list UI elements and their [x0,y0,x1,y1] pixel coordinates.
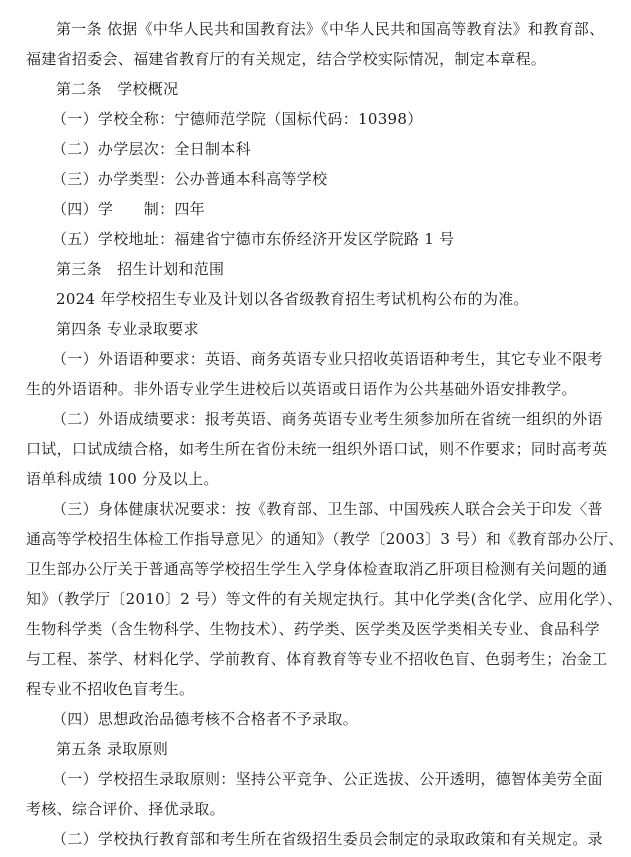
language-score-line-2: 口试，口试成绩合格，如考生所在省份未统一组织外语口试，则不作要求；同时高考英 [26,434,616,464]
admission-policy-line-1: （二）学校执行教育部和考生所在省级招生委员会制定的录取政策和有关规定。录 [52,824,631,854]
article-1-line-2: 福建省招委会、福建省教育厅的有关规定，结合学校实际情况，制定本章程。 [26,44,616,74]
health-requirement-line-7: 程专业不招收色盲考生。 [26,674,616,704]
document-page: 第一条 依据《中华人民共和国教育法》《中华人民共和国高等教育法》和教育部、 福建… [0,0,631,857]
admission-principle-line-2: 考核、综合评价、择优录取。 [26,794,616,824]
article-3-body: 2024 年学校招生专业及计划以各省级教育招生考试机构公布的为准。 [56,284,631,314]
school-level: （二）办学层次：全日制本科 [52,134,631,164]
language-score-line-1: （二）外语成绩要求：报考英语、商务英语专业考生须参加所在省统一组织的外语 [52,404,631,434]
language-requirement-line-1: （一）外语语种要求：英语、商务英语专业只招收英语语种考生，其它专业不限考 [52,344,631,374]
school-address: （五）学校地址：福建省宁德市东侨经济开发区学院路 1 号 [52,224,631,254]
language-score-line-3: 语单科成绩 100 分及以上。 [26,464,616,494]
health-requirement-line-4: 知》（教学厅〔2010〕2 号）等文件的有关规定执行。其中化学类(含化学、应用化… [26,584,616,614]
moral-requirement: （四）思想政治品德考核不合格者不予录取。 [52,704,631,734]
health-requirement-line-6: 与工程、茶学、材料化学、学前教育、体育教育等专业不招收色盲、色弱考生；冶金工 [26,644,616,674]
health-requirement-line-2: 通高等学校招生体检工作指导意见〉的通知》（教学〔2003〕3 号）和《教育部办公… [26,524,616,554]
school-full-name: （一）学校全称：宁德师范学院（国标代码：10398） [52,104,631,134]
health-requirement-line-5: 生物科学类（含生物科学、生物技术）、药学类、医学类及医学类相关专业、食品科学 [26,614,616,644]
article-3-heading: 第三条 招生计划和范围 [56,254,631,284]
article-5-heading: 第五条 录取原则 [56,734,631,764]
school-type: （三）办学类型：公办普通本科高等学校 [52,164,631,194]
health-requirement-line-3: 卫生部办公厅关于普通高等学校招生学生入学身体检查取消乙肝项目检测有关问题的通 [26,554,616,584]
article-2-heading: 第二条 学校概况 [56,74,631,104]
health-requirement-line-1: （三）身体健康状况要求：按《教育部、卫生部、中国残疾人联合会关于印发〈普 [52,494,631,524]
article-4-heading: 第四条 专业录取要求 [56,314,631,344]
language-requirement-line-2: 生的外语语种。非外语专业学生进校后以英语或日语作为公共基础外语安排教学。 [26,374,616,404]
school-duration: （四）学 制：四年 [52,194,631,224]
article-1-line-1: 第一条 依据《中华人民共和国教育法》《中华人民共和国高等教育法》和教育部、 [56,14,631,44]
admission-principle-line-1: （一）学校招生录取原则：坚持公平竞争、公正选拔、公开透明，德智体美劳全面 [52,764,631,794]
